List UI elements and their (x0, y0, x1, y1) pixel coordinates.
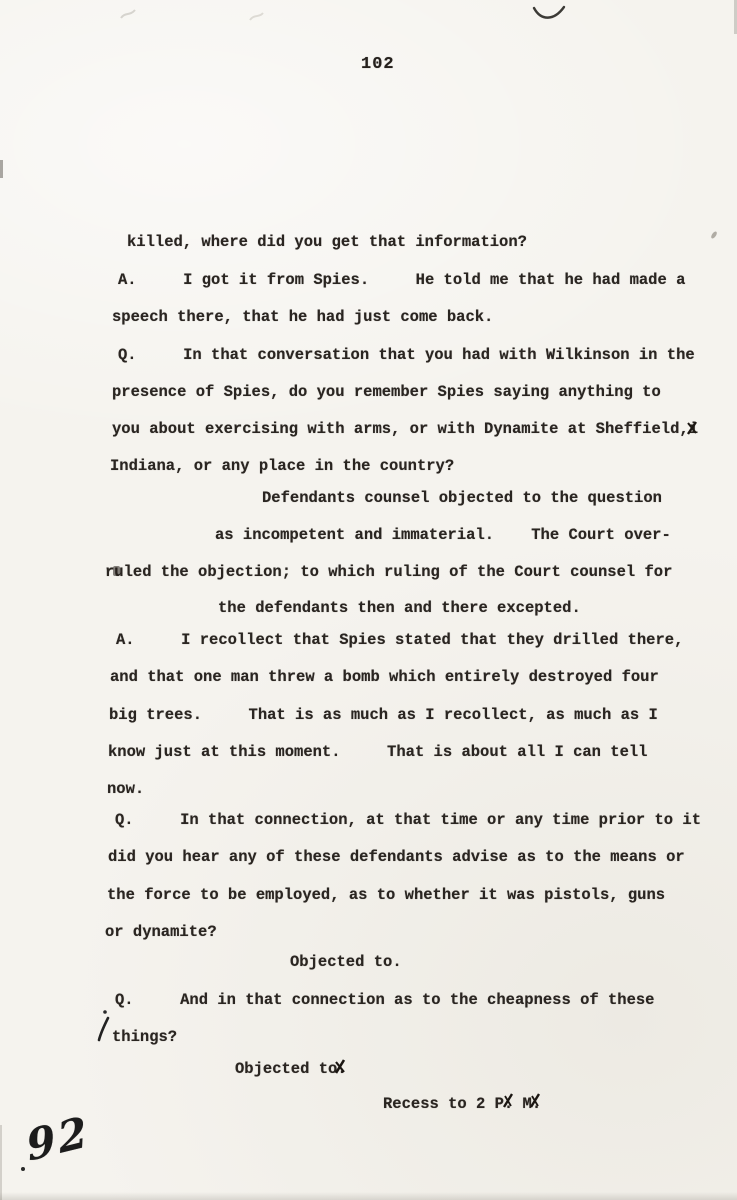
pen-tick-mark (96, 1008, 112, 1044)
typed-line: Q. In that conversation that you had wit… (118, 346, 695, 365)
typed-line: speech there, that he had just come back… (112, 308, 493, 327)
scan-smudge (118, 6, 138, 22)
typed-line: things? (112, 1028, 177, 1047)
scanned-transcript-page: 102 killed, where did you get that infor… (0, 0, 737, 1200)
scan-edge-artifact (0, 160, 3, 178)
page-number: 102 (361, 55, 395, 74)
scan-speck (710, 231, 718, 240)
scan-bottom-smudge (0, 1192, 737, 1200)
typed-line: Indiana, or any place in the country? (110, 457, 454, 476)
typed-line: presence of Spies, do you remember Spies… (112, 383, 661, 402)
typed-line: as incompetent and immaterial. The Court… (215, 526, 671, 545)
overstrike-mark (502, 1092, 514, 1109)
typed-line: or dynamite? (105, 923, 217, 942)
typed-line: now. (107, 780, 144, 799)
typed-line: Q. In that connection, at that time or a… (115, 811, 701, 830)
typed-line: A. I recollect that Spies stated that th… (116, 631, 683, 650)
scan-edge-artifact (0, 1125, 2, 1200)
typed-line: Objected to. (235, 1060, 347, 1079)
typed-line: Recess to 2 P. M. (383, 1095, 541, 1114)
typed-line: and that one man threw a bomb which enti… (110, 668, 659, 687)
overstrike-mark (334, 1058, 346, 1075)
pen-curl-mark (531, 5, 567, 23)
typed-line: Objected to. (290, 953, 402, 972)
typed-line: the force to be employed, as to whether … (107, 886, 665, 905)
typed-line: the defendants then and there excepted. (218, 599, 581, 618)
scan-smudge (248, 10, 266, 24)
handwritten-page-number: 92 (24, 1106, 93, 1170)
ink-blot (113, 566, 120, 576)
overstrike-mark (529, 1092, 541, 1109)
typed-line: Defendants counsel objected to the quest… (262, 489, 662, 508)
typed-line: Q. And in that connection as to the chea… (115, 991, 655, 1010)
typed-line: you about exercising with arms, or with … (112, 420, 698, 439)
typed-line: big trees. That is as much as I recollec… (109, 706, 658, 725)
typed-line: ruled the objection; to which ruling of … (105, 563, 672, 582)
typed-line: did you hear any of these defendants adv… (108, 848, 685, 867)
typed-line: killed, where did you get that informati… (127, 233, 527, 252)
pen-dot-mark (21, 1167, 25, 1171)
overstrike-mark (686, 420, 698, 436)
typed-line: know just at this moment. That is about … (108, 743, 648, 762)
typed-line: A. I got it from Spies. He told me that … (118, 271, 685, 290)
